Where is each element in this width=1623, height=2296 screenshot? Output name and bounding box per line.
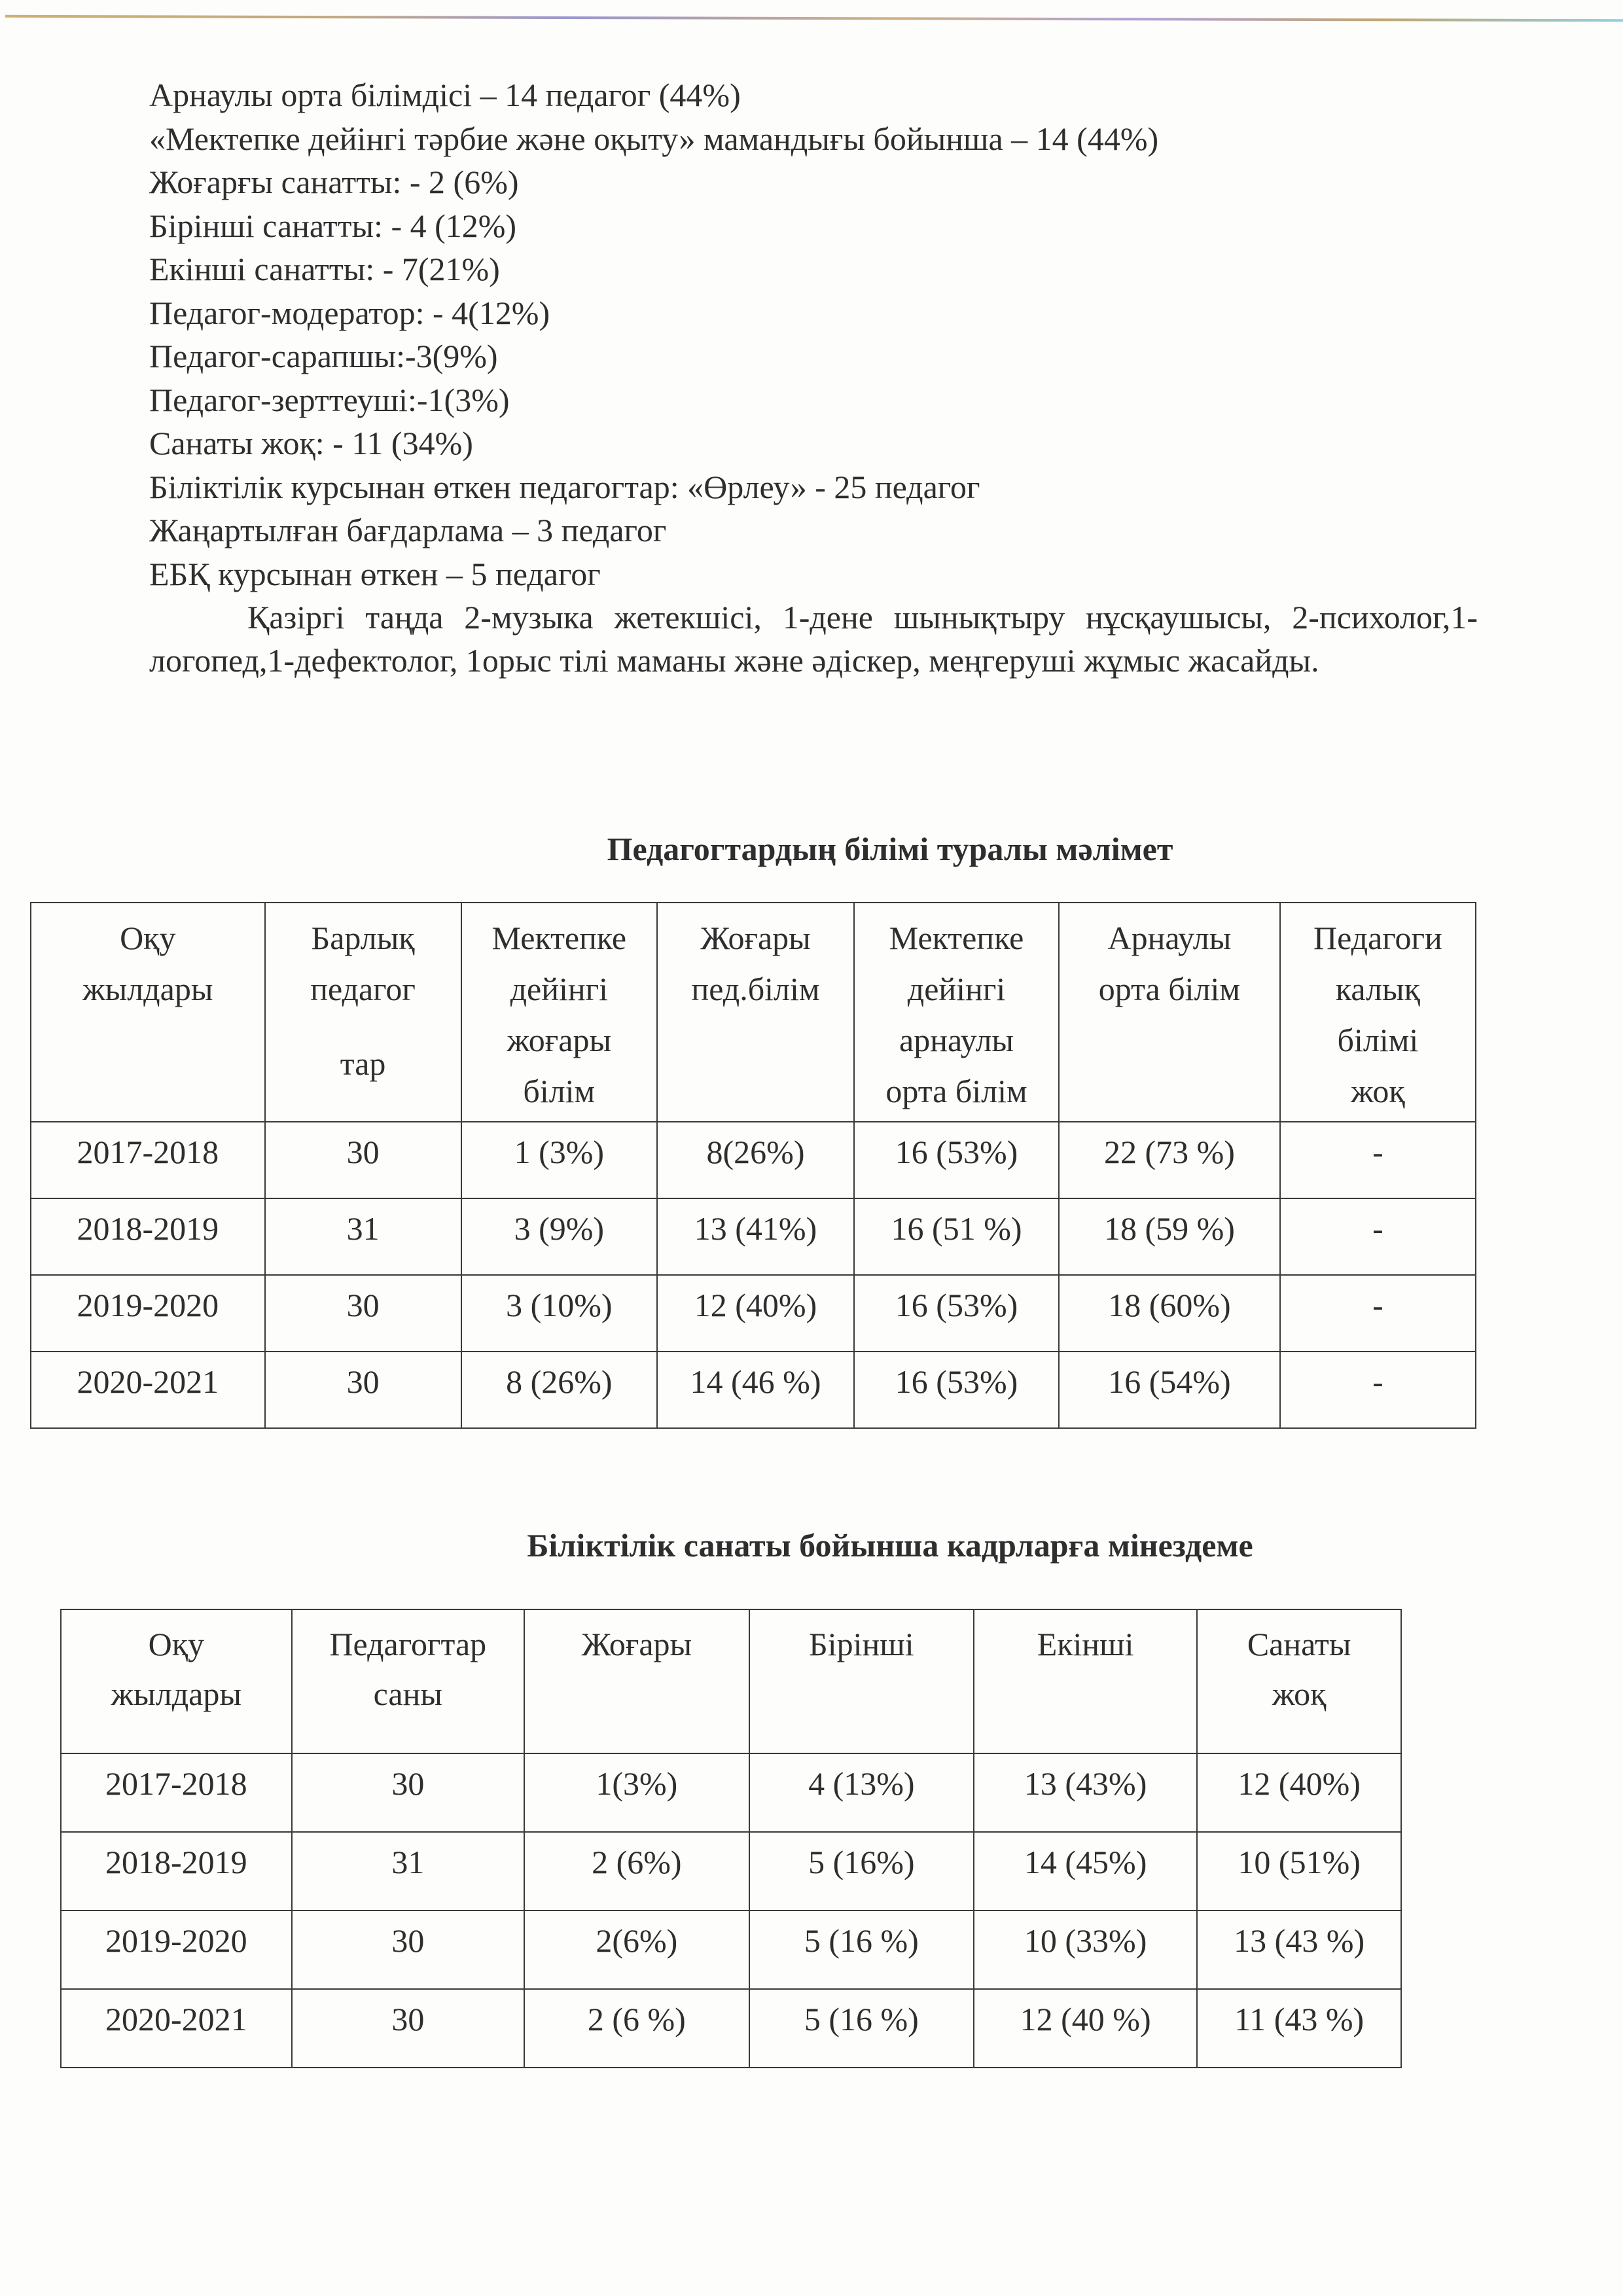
summary-line: Арнаулы орта білімдісі – 14 педагог (44%…	[149, 73, 1491, 117]
table-cell: -	[1280, 1352, 1476, 1428]
table-cell: 2020-2021	[31, 1352, 265, 1428]
table-row: 2018-2019313 (9%)13 (41%)16 (51 %)18 (59…	[31, 1198, 1476, 1275]
table-cell: 2(6%)	[524, 1910, 749, 1989]
column-header: Мектепкедейінгіарнаулыорта білім	[854, 903, 1059, 1122]
summary-line: «Мектепке дейінгі тәрбие және оқыту» мам…	[149, 117, 1491, 161]
table-cell: 30	[292, 1989, 524, 2068]
summary-line: ЕБҚ курсынан өткен – 5 педагог	[149, 552, 1491, 596]
column-header-text: жылдары	[31, 963, 264, 1014]
column-header-text: педагог	[266, 963, 461, 1014]
column-header: Мектепкедейінгіжоғарыбілім	[461, 903, 657, 1122]
table-row: 2017-2018301 (3%)8(26%)16 (53%)22 (73 %)…	[31, 1122, 1476, 1198]
table-cell: 30	[265, 1122, 461, 1198]
column-header-text: Бірінші	[750, 1619, 973, 1669]
summary-line: Педагог-зерттеуші:-1(3%)	[149, 378, 1491, 422]
table-cell: 8(26%)	[657, 1122, 854, 1198]
table-cell: 13 (43%)	[974, 1753, 1197, 1832]
column-header-text: Екінші	[974, 1619, 1196, 1669]
column-header: Оқужылдары	[31, 903, 265, 1122]
table-cell: 11 (43 %)	[1197, 1989, 1401, 2068]
column-header: Жоғары	[524, 1609, 749, 1753]
table-cell: 31	[265, 1198, 461, 1275]
table-cell: 1(3%)	[524, 1753, 749, 1832]
table-cell: 5 (16%)	[749, 1832, 974, 1910]
table-row: 2017-2018301(3%)4 (13%)13 (43%)12 (40%)	[61, 1753, 1401, 1832]
paragraph-text: Қазіргі таңда 2-музыка жетекшісі, 1-дене…	[149, 599, 1478, 679]
column-header-text: Педагогтар	[293, 1619, 524, 1669]
summary-line: Санаты жоқ: - 11 (34%)	[149, 422, 1491, 465]
column-header: Арнаулыорта білім	[1059, 903, 1280, 1122]
table-cell: 2017-2018	[61, 1753, 292, 1832]
table-cell: 16 (51 %)	[854, 1198, 1059, 1275]
table-row: 2020-2021302 (6 %)5 (16 %)12 (40 %)11 (4…	[61, 1989, 1401, 2068]
scan-top-edge-line	[5, 15, 1623, 22]
table-cell: 2018-2019	[61, 1832, 292, 1910]
table-cell: 5 (16 %)	[749, 1910, 974, 1989]
column-header-text: Санаты	[1198, 1619, 1400, 1669]
column-header-text: білім	[462, 1066, 656, 1117]
education-table: ОқужылдарыБарлықпедагогтарМектепкедейінг…	[30, 902, 1476, 1429]
education-table-title: Педагогтардың білімі туралы мәлімет	[79, 830, 1623, 868]
table-cell: 2018-2019	[31, 1198, 265, 1275]
summary-line: Жоғарғы санатты: - 2 (6%)	[149, 160, 1491, 204]
column-header-text: Педагоги	[1281, 912, 1475, 963]
table-row: 2020-2021308 (26%)14 (46 %)16 (53%)16 (5…	[31, 1352, 1476, 1428]
column-header-text: Оқу	[31, 912, 264, 963]
table-cell: 18 (60%)	[1059, 1275, 1280, 1352]
column-header-text: жылдары	[62, 1669, 291, 1719]
table-row: 2019-2020302(6%)5 (16 %)10 (33%)13 (43 %…	[61, 1910, 1401, 1989]
table-cell: 4 (13%)	[749, 1753, 974, 1832]
column-header: Екінші	[974, 1609, 1197, 1753]
column-header-text: Мектепке	[855, 912, 1058, 963]
column-header-text: тар	[266, 1038, 461, 1089]
table-cell: 18 (59 %)	[1059, 1198, 1280, 1275]
table-cell: 16 (53%)	[854, 1275, 1059, 1352]
column-header-text: калық	[1281, 963, 1475, 1014]
table-cell: 30	[292, 1753, 524, 1832]
summary-line: Біліктілік курсынан өткен педагогтар: «Ө…	[149, 465, 1491, 509]
summary-line: Екінші санатты: - 7(21%)	[149, 247, 1491, 291]
table-cell: 14 (45%)	[974, 1832, 1197, 1910]
column-header-text: Жоғары	[658, 912, 853, 963]
table-cell: -	[1280, 1122, 1476, 1198]
table-cell: 30	[265, 1275, 461, 1352]
table-cell: 2017-2018	[31, 1122, 265, 1198]
staff-paragraph: Қазіргі таңда 2-музыка жетекшісі, 1-дене…	[149, 596, 1478, 682]
column-header-text: Барлық	[266, 912, 461, 963]
table-cell: 8 (26%)	[461, 1352, 657, 1428]
table-cell: 31	[292, 1832, 524, 1910]
table-cell: 2 (6 %)	[524, 1989, 749, 2068]
table-cell: 5 (16 %)	[749, 1989, 974, 2068]
table-cell: 30	[292, 1910, 524, 1989]
table-row: 2019-2020303 (10%)12 (40%)16 (53%)18 (60…	[31, 1275, 1476, 1352]
column-header-text: Арнаулы	[1060, 912, 1279, 963]
table-header-row: ОқужылдарыПедагогтарсаныЖоғарыБіріншіЕкі…	[61, 1609, 1401, 1753]
table-cell: 30	[265, 1352, 461, 1428]
column-header: Жоғарыпед.білім	[657, 903, 854, 1122]
column-header-text: саны	[293, 1669, 524, 1719]
category-table-title: Біліктілік санаты бойынша кадрларға міне…	[79, 1526, 1623, 1564]
table-cell: 2019-2020	[61, 1910, 292, 1989]
table-cell: 3 (10%)	[461, 1275, 657, 1352]
column-header-text: жоқ	[1198, 1669, 1400, 1719]
category-table: ОқужылдарыПедагогтарсаныЖоғарыБіріншіЕкі…	[60, 1609, 1402, 2068]
summary-line: Педагог-сарапшы:-3(9%)	[149, 334, 1491, 378]
table-cell: 22 (73 %)	[1059, 1122, 1280, 1198]
table-cell: 13 (43 %)	[1197, 1910, 1401, 1989]
table-header-row: ОқужылдарыБарлықпедагогтарМектепкедейінг…	[31, 903, 1476, 1122]
column-header-text: Оқу	[62, 1619, 291, 1669]
table-row: 2018-2019312 (6%)5 (16%)14 (45%)10 (51%)	[61, 1832, 1401, 1910]
column-header: Санатыжоқ	[1197, 1609, 1401, 1753]
table-cell: 16 (53%)	[854, 1352, 1059, 1428]
summary-line: Педагог-модератор: - 4(12%)	[149, 291, 1491, 335]
table-cell: -	[1280, 1275, 1476, 1352]
column-header-text: пед.білім	[658, 963, 853, 1014]
column-header: Оқужылдары	[61, 1609, 292, 1753]
table-cell: 12 (40 %)	[974, 1989, 1197, 2068]
table-cell: 12 (40%)	[1197, 1753, 1401, 1832]
table-cell: 2020-2021	[61, 1989, 292, 2068]
column-header-text: арнаулы	[855, 1014, 1058, 1066]
table-cell: 13 (41%)	[657, 1198, 854, 1275]
column-header: Педагогикалықбіліміжоқ	[1280, 903, 1476, 1122]
column-header-text: орта білім	[855, 1066, 1058, 1117]
summary-line: Бірінші санатты: - 4 (12%)	[149, 204, 1491, 248]
table-cell: 10 (33%)	[974, 1910, 1197, 1989]
table-cell: 16 (54%)	[1059, 1352, 1280, 1428]
column-header-text: дейінгі	[462, 963, 656, 1014]
table-cell: 10 (51%)	[1197, 1832, 1401, 1910]
column-header-text: жоқ	[1281, 1066, 1475, 1117]
column-header-text: білімі	[1281, 1014, 1475, 1066]
column-header-text: орта білім	[1060, 963, 1279, 1014]
column-header: Барлықпедагогтар	[265, 903, 461, 1122]
column-header-text: Жоғары	[525, 1619, 749, 1669]
column-header: Педагогтарсаны	[292, 1609, 524, 1753]
table-cell: 12 (40%)	[657, 1275, 854, 1352]
staff-summary-list: Арнаулы орта білімдісі – 14 педагог (44%…	[149, 73, 1491, 596]
column-header-text: жоғары	[462, 1014, 656, 1066]
summary-line: Жаңартылған бағдарлама – 3 педагог	[149, 509, 1491, 552]
table-cell: 14 (46 %)	[657, 1352, 854, 1428]
column-header-text: Мектепке	[462, 912, 656, 963]
table-cell: 3 (9%)	[461, 1198, 657, 1275]
table-cell: 16 (53%)	[854, 1122, 1059, 1198]
table-cell: 1 (3%)	[461, 1122, 657, 1198]
column-header-text: дейінгі	[855, 963, 1058, 1014]
table-cell: -	[1280, 1198, 1476, 1275]
column-header: Бірінші	[749, 1609, 974, 1753]
table-cell: 2019-2020	[31, 1275, 265, 1352]
table-cell: 2 (6%)	[524, 1832, 749, 1910]
